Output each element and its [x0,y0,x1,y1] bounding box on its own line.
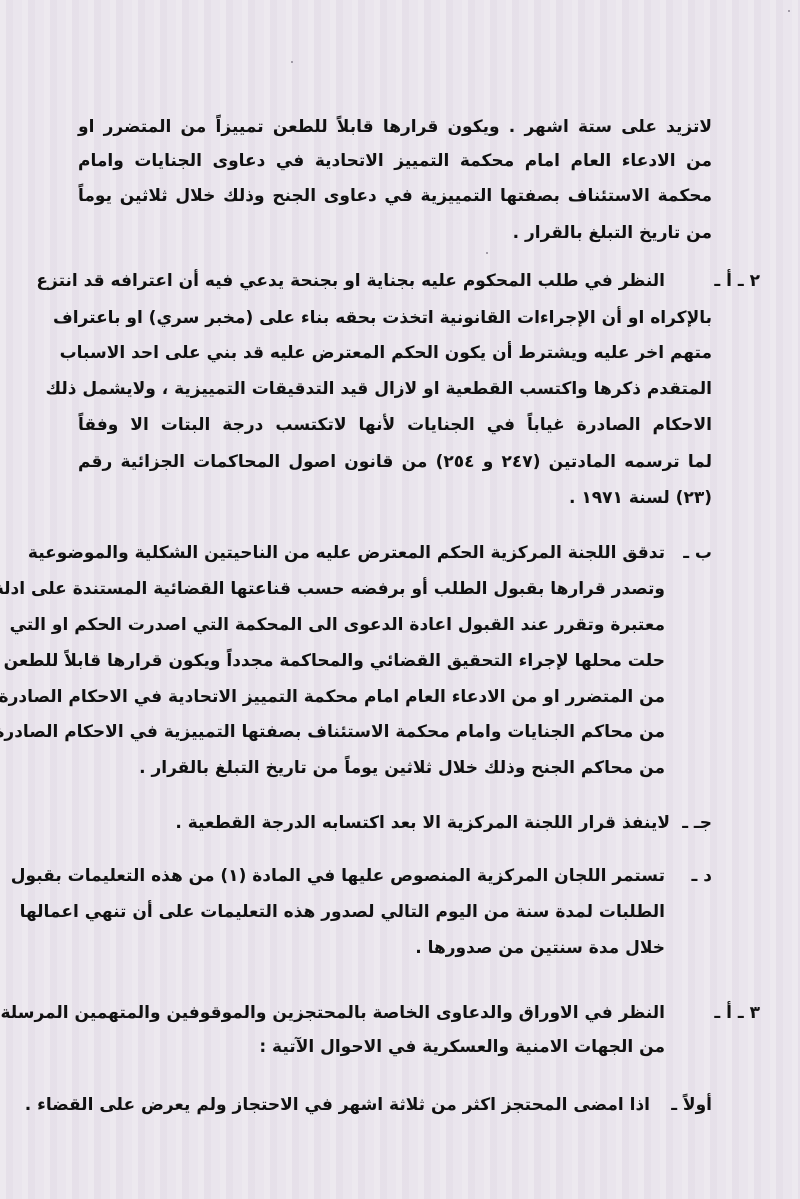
paragraph-line: تدقق اللجنة المركزية الحكم المعترض عليه … [78,540,665,566]
scan-speck [486,252,488,254]
paragraph-line: محكمة الاستئناف بصفتها التمييزية في دعاو… [78,183,712,209]
paragraph-line: خلال مدة سنتين من صدورها . [415,935,665,961]
paragraph-line: لاتزيد على ستة اشهر . ويكون قرارها قابلا… [78,114,712,140]
paragraph-line: من محاكم الجنح وذلك خلال ثلاثين يوماً من… [139,755,665,781]
paragraph-line: تستمر اللجان المركزية المنصوص عليها في ا… [78,863,665,889]
paragraph-line: الاحكام الصادرة غياباً في الجنايات لأنها… [78,412,712,438]
scan-speck [291,61,293,63]
paragraph-line: الطلبات لمدة سنة من اليوم التالي لصدور ه… [78,899,665,925]
item-marker: د ـ [692,863,712,889]
item-marker: ٣ ـ أ ـ [714,1000,760,1026]
paragraph-line: وتصدر قرارها بقبول الطلب أو برفضه حسب قن… [78,576,665,602]
paragraph-line: من الادعاء العام امام محكمة التمييز الات… [78,148,712,174]
paragraph-line: اذا امضى المحتجز اكثر من ثلاثة اشهر في ا… [25,1092,650,1118]
paragraph-line: من المتضرر او من الادعاء العام امام محكم… [78,684,665,710]
paragraph-line: من تاريخ التبلغ بالقرار . [513,220,712,246]
paragraph-line: متهم اخر عليه ويشترط أن يكون الحكم المعت… [78,340,712,366]
paragraph-line: النظر في الاوراق والدعاوى الخاصة بالمحتج… [78,1000,665,1026]
item-marker: جـ ـ [682,810,712,836]
paragraph-line: المتقدم ذكرها واكتسب القطعية او لازال قي… [78,376,712,402]
paragraph-line: بالإكراه او أن الإجراءات القانونية اتخذت… [78,305,712,331]
item-marker: ب ـ [683,540,712,566]
item-marker: ٢ ـ أ ـ [714,268,760,294]
paragraph-line: من الجهات الامنية والعسكرية في الاحوال ا… [259,1034,665,1060]
paragraph-line: لما ترسمه المادتين (٢٤٧ و ٢٥٤) من قانون … [78,449,712,475]
document-page: لاتزيد على ستة اشهر . ويكون قرارها قابلا… [0,0,800,1199]
paragraph-line: (٢٣) لسنة ١٩٧١ . [569,485,712,511]
paragraph-line: حلت محلها لإجراء التحقيق القضائي والمحاك… [78,648,665,674]
item-marker: أولاً ـ [671,1092,712,1118]
paragraph-line: من محاكم الجنايات وامام محكمة الاستئناف … [78,719,665,745]
paragraph-line: النظر في طلب المحكوم عليه بجناية او بجنح… [78,268,665,294]
scan-speck [788,10,790,12]
paragraph-line: معتبرة وتقرر عند القبول اعادة الدعوى الى… [78,612,665,638]
paragraph-line: لاينفذ قرار اللجنة المركزية الا بعد اكتس… [175,810,670,836]
